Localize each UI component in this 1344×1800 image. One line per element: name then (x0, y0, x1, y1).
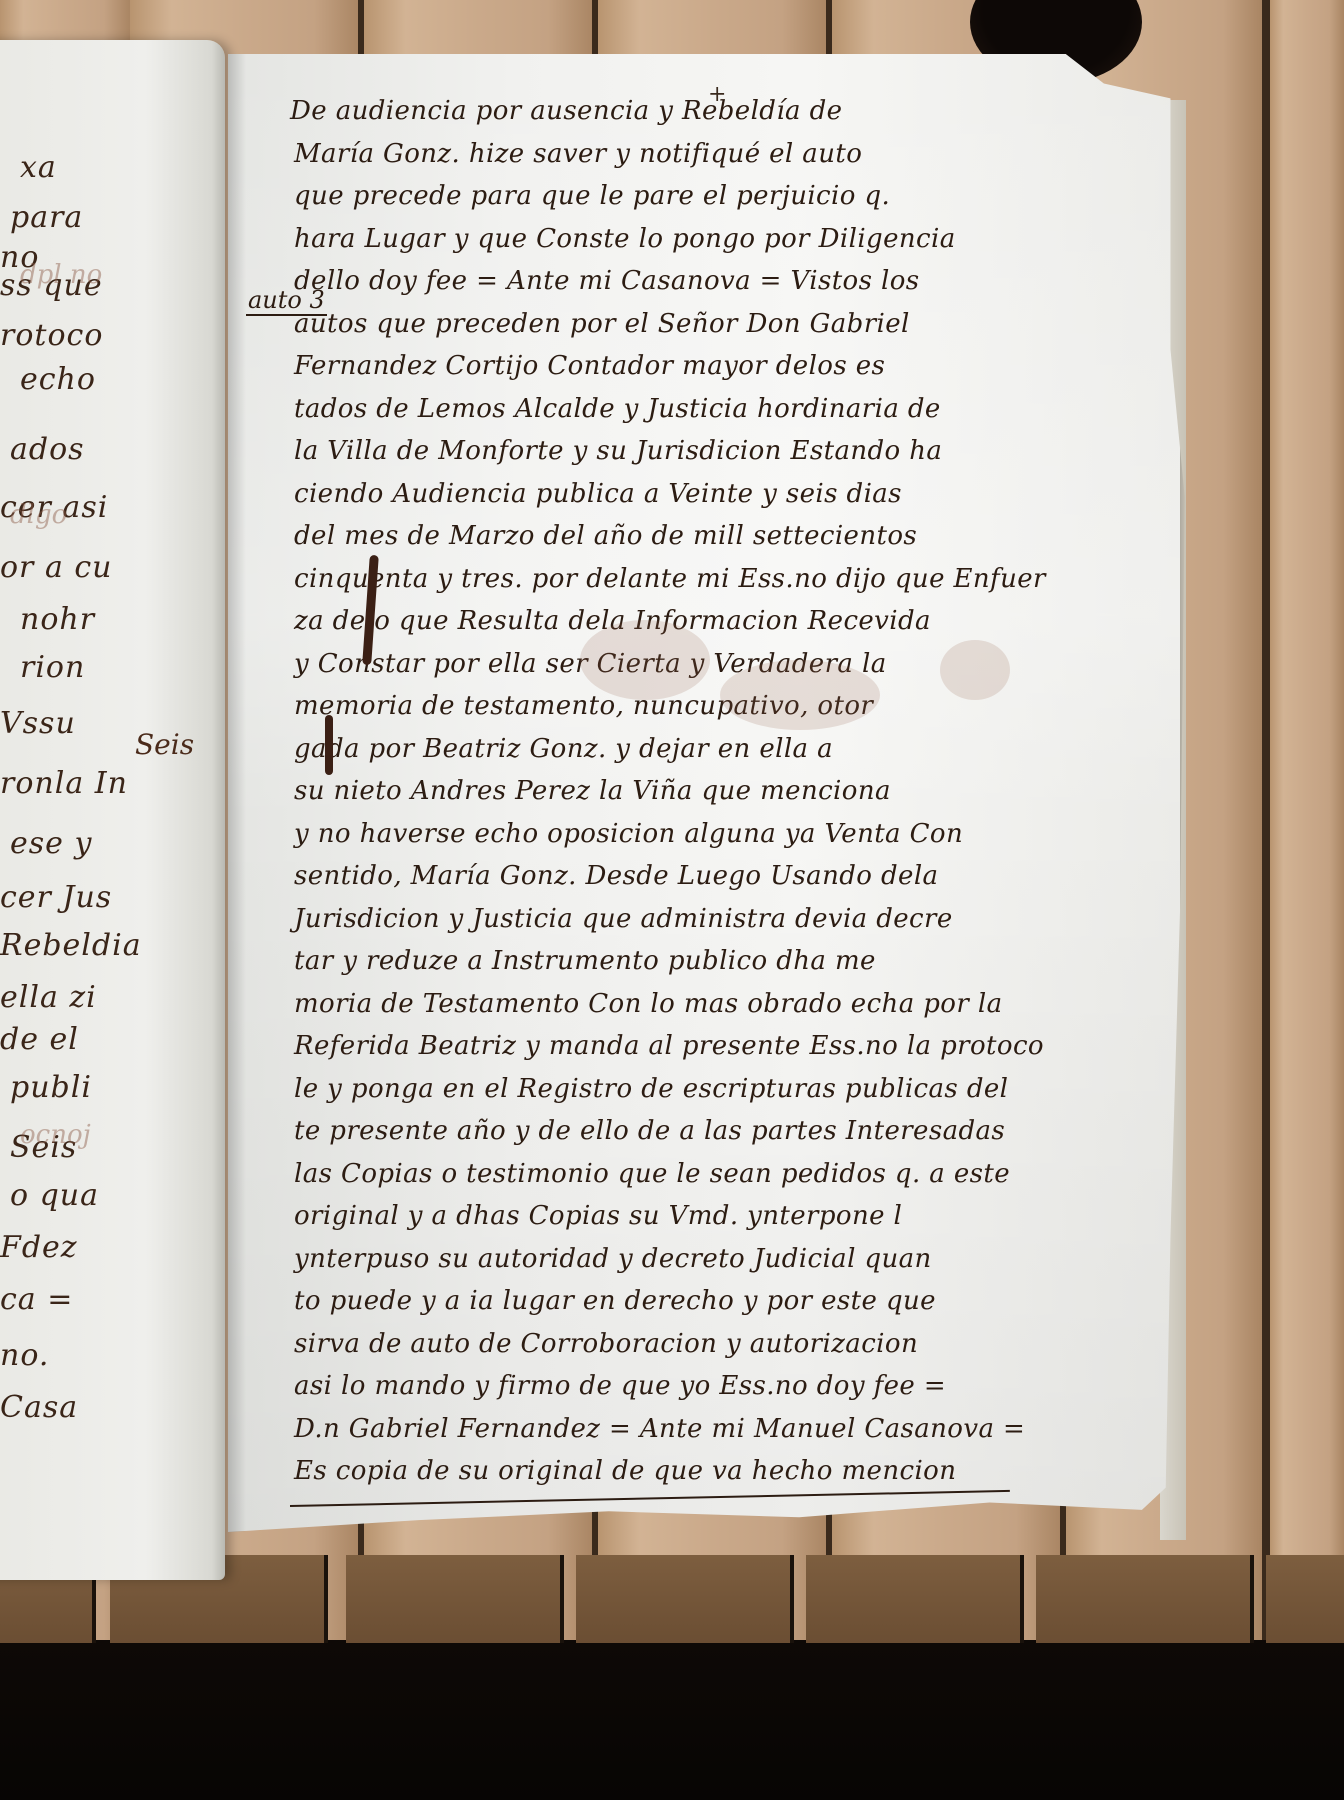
manuscript-line: Referida Beatriz y manda al presente Ess… (294, 1029, 1044, 1063)
slat-end (346, 1555, 564, 1643)
left-line: xa (20, 150, 57, 185)
left-line: ella zi (0, 980, 97, 1015)
left-line: para (10, 200, 83, 235)
slat-end (576, 1555, 794, 1643)
manuscript-line: tados de Lemos Alcalde y Justicia hordin… (294, 392, 941, 426)
manuscript-line: María Gonz. hize saver y notifiqué el au… (294, 137, 862, 171)
left-line: rion (20, 650, 85, 685)
left-line: Casa (0, 1390, 78, 1425)
manuscript-page: + auto 3 De audiencia por ausencia y Reb… (228, 54, 1180, 1532)
manuscript-line: to puede y a ia lugar en derecho y por e… (294, 1284, 936, 1318)
left-line: nohr (20, 602, 95, 637)
manuscript-line: Fernandez Cortijo Contador mayor delos e… (294, 349, 885, 383)
photo-scene: xa para no ss que rotoco echo ados cer a… (0, 0, 1344, 1800)
bleed-through-text: dlgo (10, 500, 67, 530)
manuscript-line: dello doy fee = Ante mi Casanova = Visto… (294, 264, 920, 298)
slat-end (1266, 1555, 1344, 1643)
manuscript-line: le y ponga en el Registro de escripturas… (294, 1072, 1008, 1106)
manuscript-line: Es copia de su original de que va hecho … (294, 1454, 956, 1488)
manuscript-line: Jurisdicion y Justicia que administra de… (294, 902, 953, 936)
manuscript-line: autos que preceden por el Señor Don Gabr… (294, 307, 910, 341)
left-line: ados (10, 432, 85, 467)
manuscript-line: moria de Testamento Con lo mas obrado ec… (294, 987, 1002, 1021)
slat-end (806, 1555, 1024, 1643)
gutter-shadow (228, 54, 246, 1532)
bleed-through-text: ocnoj (20, 1120, 91, 1150)
left-line: rotoco (0, 318, 103, 353)
ink-stain (720, 660, 880, 730)
wood-slat (1270, 0, 1344, 1640)
manuscript-line: ynterpuso su autoridad y decreto Judicia… (294, 1242, 932, 1276)
manuscript-line: que precede para que le pare el perjuici… (294, 179, 890, 213)
left-line: cer Jus (0, 880, 112, 915)
manuscript-line: y no haverse echo oposicion alguna ya Ve… (294, 817, 963, 851)
manuscript-text: + auto 3 De audiencia por ausencia y Reb… (228, 54, 1180, 1532)
manuscript-line: asi lo mando y firmo de que yo Ess.no do… (294, 1369, 946, 1403)
closing-rule (290, 1489, 1010, 1506)
manuscript-line: sentido, María Gonz. Desde Luego Usando … (294, 859, 938, 893)
left-line: or a cu (0, 550, 112, 585)
manuscript-line: la Villa de Monforte y su Jurisdicion Es… (294, 434, 942, 468)
left-line: o qua (10, 1178, 99, 1213)
left-line: ronla In (0, 766, 128, 801)
slat-gap (1262, 0, 1270, 1640)
manuscript-line: De audiencia por ausencia y Rebeldía de (290, 94, 842, 128)
ink-stain (580, 620, 710, 700)
manuscript-line: ciendo Audiencia publica a Veinte y seis… (294, 477, 902, 511)
slat-end (1036, 1555, 1254, 1643)
dark-floor (0, 1640, 1344, 1800)
left-line: Vssu (0, 706, 76, 741)
manuscript-line: te presente año y de ello de a las parte… (294, 1114, 1005, 1148)
manuscript-line: sirva de auto de Corroboracion y autoriz… (294, 1327, 918, 1361)
margin-note: Seis (135, 728, 194, 761)
left-line: de el (0, 1022, 79, 1057)
manuscript-line: las Copias o testimonio que le sean pedi… (294, 1157, 1010, 1191)
left-page: xa para no ss que rotoco echo ados cer a… (0, 40, 225, 1580)
left-line: Rebeldia (0, 928, 142, 963)
manuscript-line: D.n Gabriel Fernandez = Ante mi Manuel C… (294, 1412, 1025, 1446)
manuscript-line: hara Lugar y que Conste lo pongo por Dil… (294, 222, 956, 256)
manuscript-line: gada por Beatriz Gonz. y dejar en ella a (294, 732, 833, 766)
manuscript-line: original y a dhas Copias su Vmd. ynterpo… (294, 1199, 902, 1233)
left-line: publi (10, 1070, 92, 1105)
left-line: no. (0, 1338, 49, 1373)
bleed-through-text: dpl no (20, 260, 102, 290)
ink-stroke (325, 715, 333, 775)
manuscript-line: tar y reduze a Instrumento publico dha m… (294, 944, 876, 978)
manuscript-line: cinquenta y tres. por delante mi Ess.no … (294, 562, 1046, 596)
ink-stain (940, 640, 1010, 700)
left-line: echo (20, 362, 96, 397)
left-line: Fdez (0, 1230, 78, 1265)
manuscript-line: del mes de Marzo del año de mill setteci… (294, 519, 917, 553)
left-line: ese y (10, 826, 92, 861)
left-line: ca = (0, 1282, 73, 1317)
manuscript-line: su nieto Andres Perez la Viña que mencio… (294, 774, 891, 808)
